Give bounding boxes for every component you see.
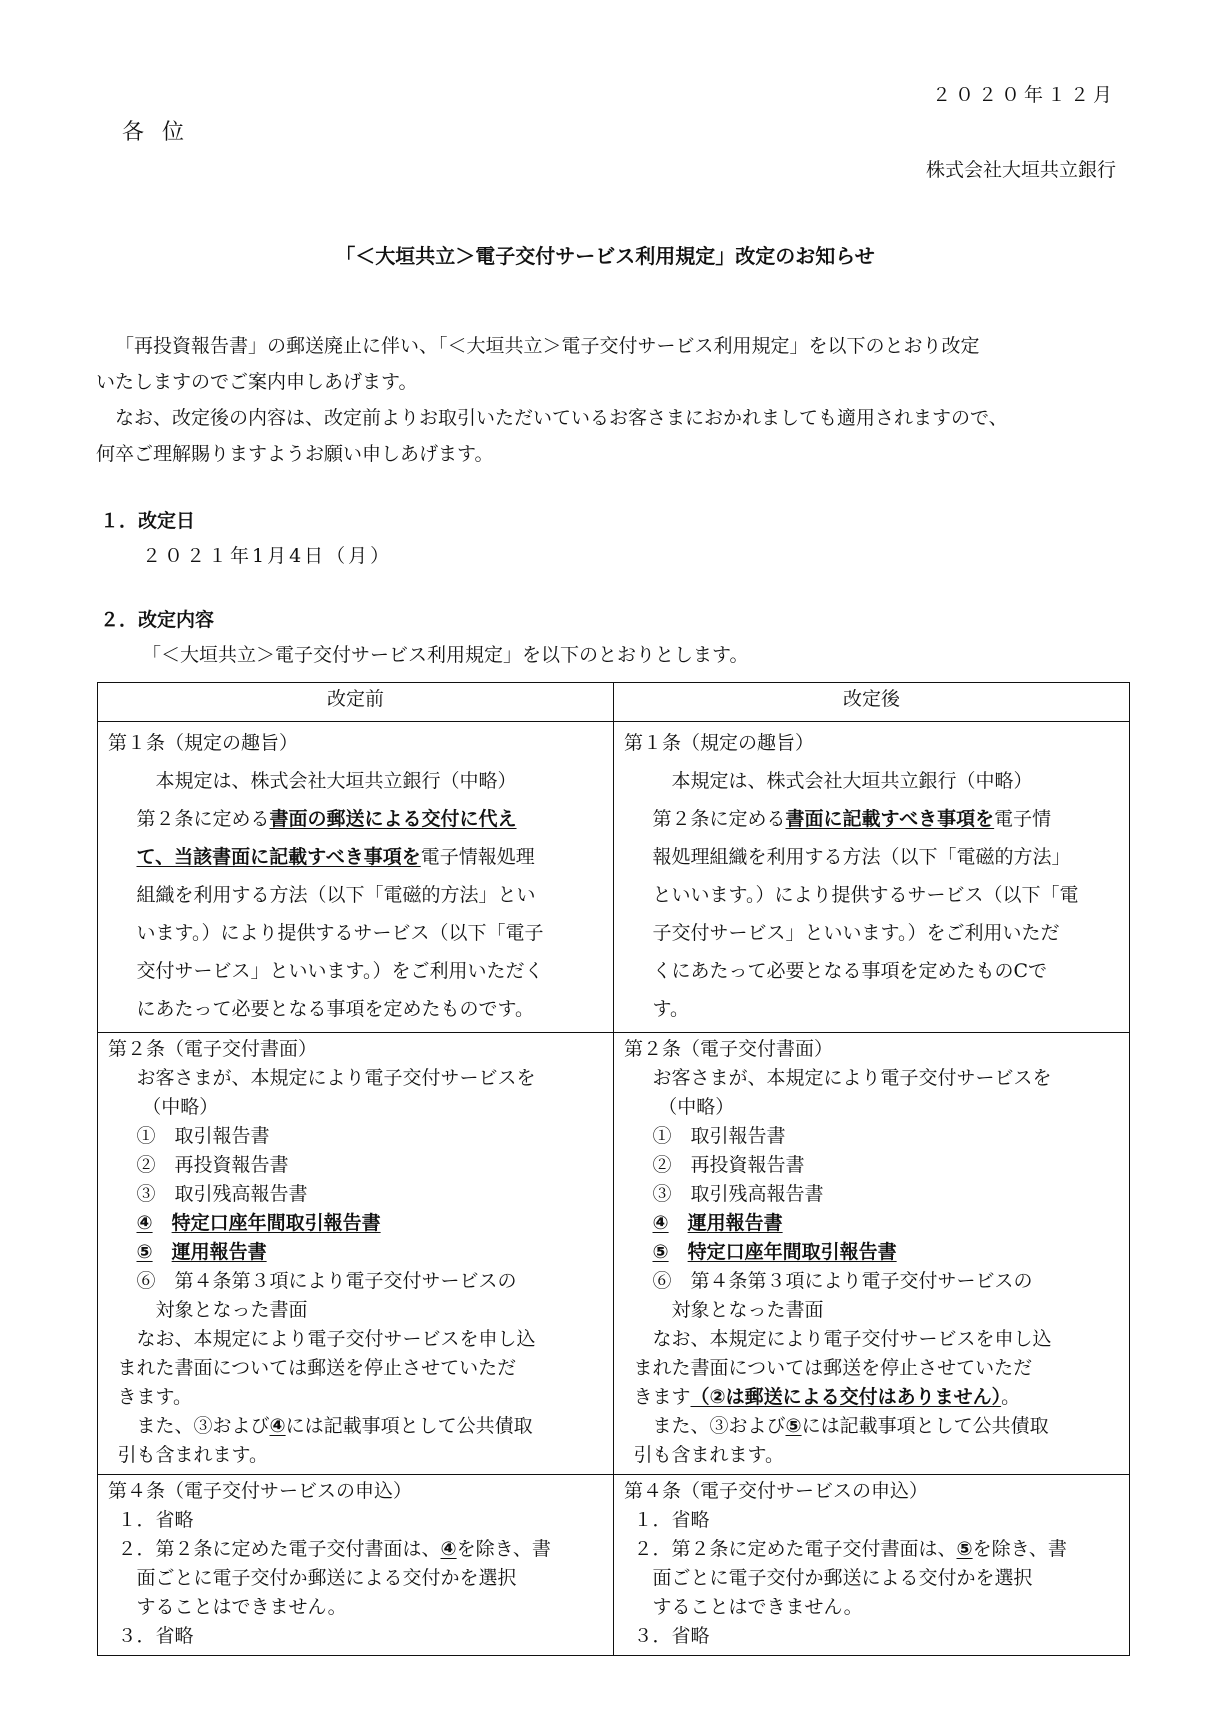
text-line: （中略） (108, 1093, 603, 1122)
highlighted-change: 運用報告書 (688, 1212, 783, 1234)
text-line: 引も含まれます。 (108, 1441, 603, 1470)
text-span: 第２条に定める (137, 808, 270, 830)
text-line: お客さまが、本規定により電子交付サービスを (624, 1064, 1119, 1093)
text-line: 報処理組織を利用する方法（以下「電磁的方法」 (624, 838, 1119, 876)
item-number: ② (137, 1154, 156, 1176)
text-line: 対象となった書面 (108, 1296, 603, 1325)
item-text: 取引残高報告書 (691, 1183, 824, 1205)
cell-after-article1: 第１条（規定の趣旨） 本規定は、株式会社大垣共立銀行（中略） 第２条に定める書面… (614, 722, 1130, 1033)
text-line: なお、本規定により電子交付サービスを申し込 (624, 1325, 1119, 1354)
table-row: 第１条（規定の趣旨） 本規定は、株式会社大垣共立銀行（中略） 第２条に定める書面… (98, 722, 1130, 1033)
highlighted-change: 書面の郵送による交付に代え (270, 808, 517, 830)
text-line: といいます。）により提供するサービス（以下「電 (624, 876, 1119, 914)
text-line: にあたって必要となる事項を定めたものです。 (108, 990, 603, 1028)
item-number: ⑥ (137, 1270, 156, 1292)
text-line: 本規定は、株式会社大垣共立銀行（中略） (108, 762, 603, 800)
highlighted-change: 書面に記載すべき事項を (786, 808, 995, 830)
item-number: ④ (653, 1212, 669, 1234)
item-number: ⑤ (137, 1241, 153, 1263)
article-title: 第２条（電子交付書面） (108, 1035, 603, 1064)
item-number: ④ (137, 1212, 153, 1234)
item-text: 取引残高報告書 (175, 1183, 308, 1205)
text-span: ２．第２条に定めた電子交付書面は、 (634, 1538, 957, 1560)
item-text: 取引報告書 (175, 1125, 270, 1147)
comparison-table: 改定前 改定後 第１条（規定の趣旨） 本規定は、株式会社大垣共立銀行（中略） 第… (97, 682, 1130, 1656)
intro-para1-line1: 「再投資報告書」の郵送廃止に伴い、「＜大垣共立＞電子交付サービス利用規定」を以下… (96, 328, 1126, 364)
text-span: また、③および (653, 1415, 786, 1437)
text-line: 面ごとに電子交付か郵送による交付かを選択 (108, 1564, 603, 1593)
item-number: ⑤ (653, 1241, 669, 1263)
text-line: １．省略 (108, 1506, 603, 1535)
text-line: することはできません。 (108, 1593, 603, 1622)
item-number: ① (653, 1125, 672, 1147)
table-header-row: 改定前 改定後 (98, 683, 1130, 722)
highlighted-change: ④ (441, 1538, 457, 1560)
article-title: 第２条（電子交付書面） (624, 1035, 1119, 1064)
text-line: なお、本規定により電子交付サービスを申し込 (108, 1325, 603, 1354)
item-number: ③ (653, 1183, 672, 1205)
section1-body: ２０２１年1月4日（月） (142, 541, 392, 568)
text-line: きます。 (108, 1383, 603, 1412)
highlighted-change: ⑤ (786, 1415, 802, 1437)
cell-before-article2: 第２条（電子交付書面） お客さまが、本規定により電子交付サービスを （中略） ①… (98, 1033, 614, 1475)
text-line: います。）により提供するサービス（以下「電子 (108, 914, 603, 952)
table-row: 第２条（電子交付書面） お客さまが、本規定により電子交付サービスを （中略） ①… (98, 1033, 1130, 1475)
text-span: を除き、書 (973, 1538, 1067, 1560)
text-line: 面ごとに電子交付か郵送による交付かを選択 (624, 1564, 1119, 1593)
column-header-after: 改定後 (614, 683, 1130, 722)
item-number: ② (653, 1154, 672, 1176)
item-text: 第４条第３項により電子交付サービスの (175, 1270, 517, 1292)
text-line: まれた書面については郵送を停止させていただ (108, 1354, 603, 1383)
highlighted-change: 特定口座年間取引報告書 (172, 1212, 381, 1234)
table-row: 第４条（電子交付サービスの申込） １．省略 ２．第２条に定めた電子交付書面は、④… (98, 1475, 1130, 1656)
text-line: １．省略 (624, 1506, 1119, 1535)
sender-name: 株式会社大垣共立銀行 (926, 155, 1116, 182)
section1-heading: １．改定日 (100, 506, 195, 533)
item-text: 第４条第３項により電子交付サービスの (691, 1270, 1033, 1292)
highlighted-change: ④ (270, 1415, 286, 1437)
text-line: す。 (624, 990, 1119, 1028)
text-span: には記載事項として公共債取 (286, 1415, 533, 1437)
addressee: 各位 (122, 115, 202, 146)
intro-para2-line2: 何卒ご理解賜りますようお願い申しあげます。 (96, 436, 1126, 472)
highlighted-change: （②は郵送による交付はありません） (691, 1386, 1002, 1408)
cell-after-article4: 第４条（電子交付サービスの申込） １．省略 ２．第２条に定めた電子交付書面は、⑤… (614, 1475, 1130, 1656)
text-span: 電子情 (994, 808, 1051, 830)
item-number: ⑥ (653, 1270, 672, 1292)
text-span: 第２条に定める (653, 808, 786, 830)
text-line: まれた書面については郵送を停止させていただ (624, 1354, 1119, 1383)
highlighted-change: 運用報告書 (172, 1241, 267, 1263)
text-line: お客さまが、本規定により電子交付サービスを (108, 1064, 603, 1093)
article-title: 第４条（電子交付サービスの申込） (108, 1477, 603, 1506)
item-number: ③ (137, 1183, 156, 1205)
item-number: ① (137, 1125, 156, 1147)
text-line: くにあたって必要となる事項を定めたものCで (624, 952, 1119, 990)
article-title: 第１条（規定の趣旨） (108, 724, 603, 762)
article-title: 第１条（規定の趣旨） (624, 724, 1119, 762)
text-span: 電子情報処理 (421, 846, 535, 868)
text-line: 引も含まれます。 (624, 1441, 1119, 1470)
text-line: 交付サービス」といいます。）をご利用いただく (108, 952, 603, 990)
text-line: ３．省略 (108, 1622, 603, 1651)
intro-text: 「再投資報告書」の郵送廃止に伴い、「＜大垣共立＞電子交付サービス利用規定」を以下… (96, 328, 1126, 472)
cell-before-article1: 第１条（規定の趣旨） 本規定は、株式会社大垣共立銀行（中略） 第２条に定める書面… (98, 722, 614, 1033)
highlighted-change: ⑤ (957, 1538, 973, 1560)
text-line: 組織を利用する方法（以下「電磁的方法」とい (108, 876, 603, 914)
intro-para2-line1: なお、改定後の内容は、改定前よりお取引いただいているお客さまにおかれましても適用… (96, 400, 1126, 436)
document-title: 「＜大垣共立＞電子交付サービス利用規定」改定のお知らせ (0, 240, 1210, 269)
section2-heading: ２．改定内容 (100, 605, 214, 632)
section2-body: 「＜大垣共立＞電子交付サービス利用規定」を以下のとおりとします。 (142, 640, 748, 667)
column-header-before: 改定前 (98, 683, 614, 722)
text-line: ３．省略 (624, 1622, 1119, 1651)
highlighted-change: 特定口座年間取引報告書 (688, 1241, 897, 1263)
document-date: ２０２０年１２月 (932, 80, 1116, 107)
text-span: 。 (1001, 1386, 1020, 1408)
highlighted-change: て、当該書面に記載すべき事項を (137, 846, 421, 868)
cell-before-article4: 第４条（電子交付サービスの申込） １．省略 ２．第２条に定めた電子交付書面は、④… (98, 1475, 614, 1656)
text-line: （中略） (624, 1093, 1119, 1122)
article-title: 第４条（電子交付サービスの申込） (624, 1477, 1119, 1506)
text-line: することはできません。 (624, 1593, 1119, 1622)
text-span: には記載事項として公共債取 (802, 1415, 1049, 1437)
text-line: 対象となった書面 (624, 1296, 1119, 1325)
text-span: また、③および (137, 1415, 270, 1437)
text-span: ２．第２条に定めた電子交付書面は、 (118, 1538, 441, 1560)
cell-after-article2: 第２条（電子交付書面） お客さまが、本規定により電子交付サービスを （中略） ①… (614, 1033, 1130, 1475)
intro-para1-line2: いたしますのでご案内申しあげます。 (96, 364, 1126, 400)
text-line: 本規定は、株式会社大垣共立銀行（中略） (624, 762, 1119, 800)
item-text: 取引報告書 (691, 1125, 786, 1147)
text-span: を除き、書 (457, 1538, 551, 1560)
text-span: きます (634, 1386, 691, 1408)
item-text: 再投資報告書 (691, 1154, 805, 1176)
item-text: 再投資報告書 (175, 1154, 289, 1176)
text-line: 子交付サービス」といいます。）をご利用いただ (624, 914, 1119, 952)
